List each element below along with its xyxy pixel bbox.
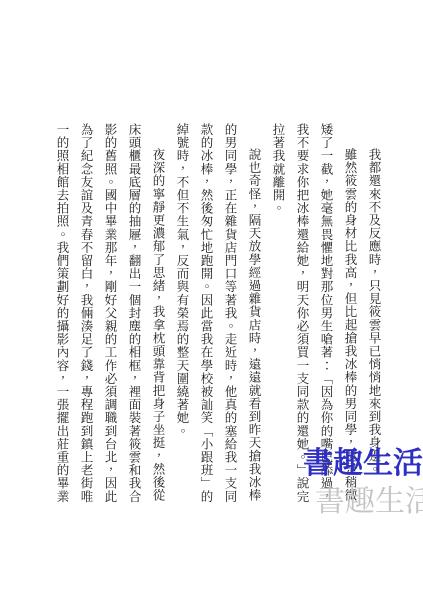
story-text-block: 我都還來不及反應時，只見筱雲早已悄悄地來到我身邊。 雖然筱雲的身材比我高，但比起… [50,123,386,507]
paragraph: 說也奇怪，隔天放學經過雜貨店時，遠遠就看到昨天搶我冰棒的男同學，正在雜貨店門口等… [170,123,266,507]
book-page: 我都還來不及反應時，只見筱雲早已悄悄地來到我身邊。 雖然筱雲的身材比我高，但比起… [0,0,423,600]
paragraph: 我都還來不及反應時，只見筱雲早已悄悄地來到我身邊。 [362,123,386,507]
paragraph: 雖然筱雲的身材比我高，但比起搶我冰棒的男同學，還是稍微矮了一截，她毫無畏懼地對那… [266,123,362,507]
paragraph: 夜深的寧靜更濃郁了思緒，我拿枕頭靠背把身子坐挺，然後從床頭櫃最底層的抽屜，翻出一… [50,123,170,507]
